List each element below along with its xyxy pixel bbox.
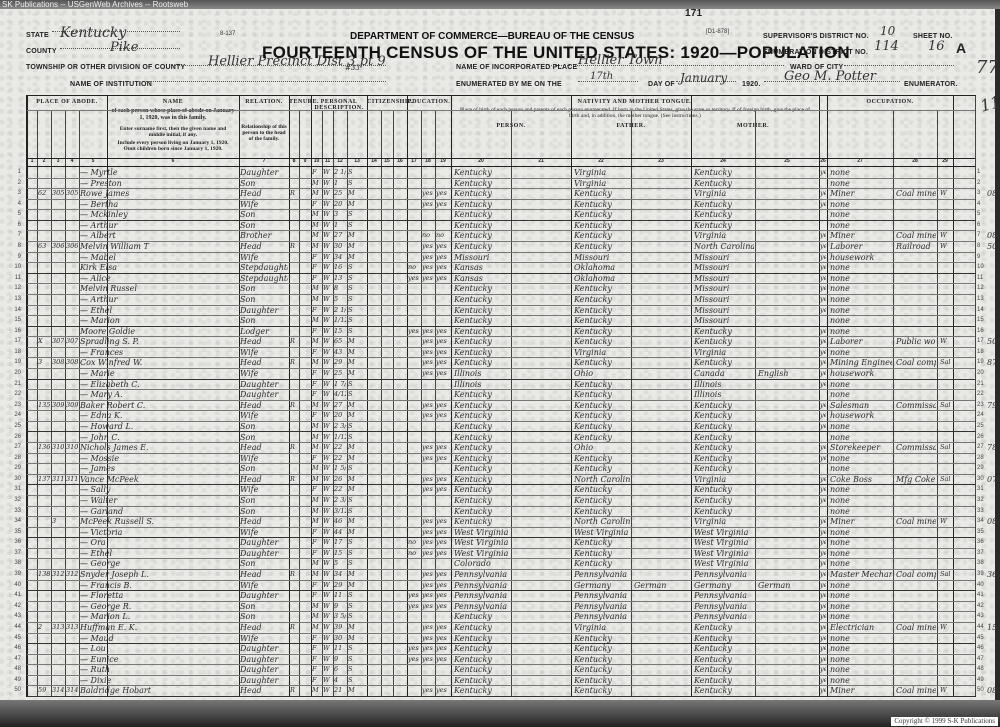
cell-m-tongue xyxy=(758,474,818,485)
cell-own xyxy=(290,410,298,421)
cell-occupation: none xyxy=(830,294,892,305)
cell-age: 1/12 xyxy=(334,432,346,443)
cell-write: yes xyxy=(436,252,450,263)
cell-f-tongue xyxy=(634,368,690,379)
cell-industry xyxy=(896,548,936,559)
line-number: 20 xyxy=(7,368,21,379)
cell-name: — Albert xyxy=(80,230,238,241)
cell-f-tongue xyxy=(634,347,690,358)
cell-house xyxy=(52,548,64,559)
line-number: 44 xyxy=(7,622,21,633)
line-number: 35 xyxy=(7,527,21,538)
cell-m-birth: Missouri xyxy=(694,252,754,263)
cell-english: yes xyxy=(820,230,826,241)
cell-name: — Arthur xyxy=(80,220,238,231)
cell-house xyxy=(52,199,64,210)
cell-attend xyxy=(408,664,420,675)
cell-m-birth: Canada xyxy=(694,368,754,379)
cell-dwelling xyxy=(38,252,50,263)
cell-marital: S xyxy=(348,294,366,305)
cell-house xyxy=(66,484,78,495)
line-number-right: 29 xyxy=(977,463,991,474)
cell-age: 65 xyxy=(334,336,346,347)
cell-house xyxy=(52,654,64,665)
cell-relation: Son xyxy=(240,209,288,220)
cell-birth: Illinois xyxy=(454,368,510,379)
header-divider xyxy=(27,110,975,111)
cell-house xyxy=(52,506,64,517)
cell-house: 307 xyxy=(52,336,64,347)
cell-industry xyxy=(896,326,936,337)
cell-house: 306 xyxy=(66,241,78,252)
cell-house xyxy=(66,421,78,432)
cell-sex: F xyxy=(312,527,321,538)
cell-f-tongue xyxy=(634,527,690,538)
cell-sex: M xyxy=(312,506,321,517)
cell-m-birth: Kentucky xyxy=(694,326,754,337)
cell-name: Moore Goldie xyxy=(80,326,238,337)
cell-house xyxy=(52,590,64,601)
cell-name: — Mary A. xyxy=(80,389,238,400)
line-number: 28 xyxy=(7,453,21,464)
cell-relation: Son xyxy=(240,432,288,443)
cell-marital: M xyxy=(348,442,366,453)
cell-sex: M xyxy=(312,474,321,485)
cell-mort xyxy=(300,262,310,273)
cell-house xyxy=(66,506,78,517)
cell-english: yes xyxy=(820,199,826,210)
cell-m-tongue xyxy=(758,379,818,390)
cell-name: — Mossie xyxy=(80,453,238,464)
cell-english: yes xyxy=(820,569,826,580)
cell-house xyxy=(66,305,78,316)
cell-house: 309 xyxy=(52,400,64,411)
cell-employer xyxy=(940,506,952,517)
cell-sex: F xyxy=(312,643,321,654)
cell-industry xyxy=(896,199,936,210)
cell-age: 27 xyxy=(334,400,346,411)
cell-f-birth: Virginia xyxy=(574,622,630,633)
cell-f-tongue xyxy=(634,379,690,390)
cell-write xyxy=(436,209,450,220)
cell-m-birth: West Virginia xyxy=(694,558,754,569)
cell-mort xyxy=(300,590,310,601)
cell-house xyxy=(52,484,64,495)
cell-house xyxy=(66,527,78,538)
cell-sex: M xyxy=(312,442,321,453)
cell-marital: S xyxy=(348,167,366,178)
cell-read: yes xyxy=(422,516,434,527)
cell-industry xyxy=(896,590,936,601)
cell-employer xyxy=(940,664,952,675)
cell-age: 22 xyxy=(334,453,346,464)
cell-name: — Lou xyxy=(80,643,238,654)
cell-industry: Coal mine xyxy=(896,188,936,199)
occupation-code-note: 155 xyxy=(987,622,1000,633)
cell-own xyxy=(290,506,298,517)
cell-house xyxy=(52,463,64,474)
cell-sex: F xyxy=(312,252,321,263)
cell-f-birth: Oklahoma xyxy=(574,273,630,284)
cell-mort xyxy=(300,527,310,538)
cell-m-birth: Kentucky xyxy=(694,484,754,495)
cell-attend xyxy=(408,283,420,294)
cell-f-tongue xyxy=(634,389,690,400)
cell-m-birth: Kentucky xyxy=(694,432,754,443)
window-title: SK Publications -- USGenWeb Archives -- … xyxy=(2,0,188,9)
cell-house: 310 xyxy=(66,442,78,453)
line-number: 49 xyxy=(7,675,21,686)
cell-f-birth: Kentucky xyxy=(574,643,630,654)
cell-f-tongue xyxy=(634,474,690,485)
cell-sex: F xyxy=(312,484,321,495)
cell-f-birth: Missouri xyxy=(574,252,630,263)
day-of-label: DAY OF xyxy=(648,81,675,88)
line-number-right: 21 xyxy=(977,379,991,390)
cell-mort xyxy=(300,400,310,411)
cell-dwelling xyxy=(38,590,50,601)
line-number: 19 xyxy=(7,357,21,368)
cell-birth: Kentucky xyxy=(454,336,510,347)
cell-sex: M xyxy=(312,230,321,241)
column-number: 20 xyxy=(451,158,511,166)
cell-industry xyxy=(896,273,936,284)
cell-mort xyxy=(300,421,310,432)
cell-marital: S xyxy=(348,664,366,675)
line-number-right: 36 xyxy=(977,537,991,548)
cell-race: W xyxy=(323,643,332,654)
cell-attend: yes xyxy=(408,654,420,665)
cell-read: yes xyxy=(422,643,434,654)
cell-marital: M xyxy=(348,622,366,633)
cell-house xyxy=(66,495,78,506)
cell-employer xyxy=(940,368,952,379)
cell-attend xyxy=(408,516,420,527)
column-number: 14 xyxy=(367,158,381,166)
column-number: 26 xyxy=(819,158,827,166)
line-number: 31 xyxy=(7,484,21,495)
cell-marital: S xyxy=(348,389,366,400)
cell-birth: Kentucky xyxy=(454,622,510,633)
cell-employer xyxy=(940,410,952,421)
cell-race: W xyxy=(323,611,332,622)
cell-read xyxy=(422,167,434,178)
cell-own: R xyxy=(290,569,298,580)
cell-name: Nichols James E. xyxy=(80,442,238,453)
cell-attend xyxy=(408,400,420,411)
cell-birth: Kentucky xyxy=(454,410,510,421)
cell-house xyxy=(52,283,64,294)
cell-marital: M xyxy=(348,527,366,538)
cell-sex: M xyxy=(312,421,321,432)
cell-race: W xyxy=(323,305,332,316)
cell-sex: F xyxy=(312,305,321,316)
cell-industry xyxy=(896,432,936,443)
cell-house xyxy=(66,463,78,474)
line-number-right: 24 xyxy=(977,410,991,421)
cell-age: 1 xyxy=(334,178,346,189)
cell-house xyxy=(52,432,64,443)
row-divider xyxy=(27,696,975,697)
cell-occupation: none xyxy=(830,580,892,591)
line-number: 21 xyxy=(7,379,21,390)
cell-attend xyxy=(408,421,420,432)
cell-m-birth: Kentucky xyxy=(694,654,754,665)
line-number: 30 xyxy=(7,474,21,485)
cell-mort xyxy=(300,463,310,474)
cell-relation: Head xyxy=(240,241,288,252)
cell-f-birth: Oklahoma xyxy=(574,262,630,273)
cell-m-tongue xyxy=(758,400,818,411)
column-number: 7 xyxy=(239,158,289,166)
enumerator-label: ENUMERATOR. xyxy=(904,81,958,88)
line-number-right: 20 xyxy=(977,368,991,379)
cell-sex: F xyxy=(312,537,321,548)
cell-relation: Son xyxy=(240,283,288,294)
cell-mort xyxy=(300,537,310,548)
cell-race: W xyxy=(323,633,332,644)
cell-mort xyxy=(300,167,310,178)
cell-marital: M xyxy=(348,453,366,464)
cell-m-birth: West Virginia xyxy=(694,548,754,559)
cell-own xyxy=(290,305,298,316)
cell-english: yes xyxy=(820,580,826,591)
column-number: 18 xyxy=(421,158,435,166)
line-number-right: 47 xyxy=(977,654,991,665)
cell-house xyxy=(66,643,78,654)
cell-name: McPeek Russell S. xyxy=(80,516,238,527)
cell-house xyxy=(66,664,78,675)
cell-attend: yes xyxy=(408,643,420,654)
cell-sex: M xyxy=(312,188,321,199)
cell-marital: M xyxy=(348,484,366,495)
cell-m-birth: Kentucky xyxy=(694,495,754,506)
cell-own xyxy=(290,379,298,390)
cell-employer xyxy=(940,305,952,316)
cell-attend xyxy=(408,368,420,379)
cell-m-tongue xyxy=(758,611,818,622)
cell-english: yes xyxy=(820,537,826,548)
cell-f-tongue xyxy=(634,548,690,559)
cell-mort xyxy=(300,273,310,284)
cell-house xyxy=(52,178,64,189)
cell-own: R xyxy=(290,188,298,199)
cell-employer xyxy=(940,463,952,474)
cell-house xyxy=(52,273,64,284)
cell-write: yes xyxy=(436,347,450,358)
cell-dwelling xyxy=(38,654,50,665)
cell-dwelling xyxy=(38,315,50,326)
cell-birth: West Virginia xyxy=(454,548,510,559)
cell-house xyxy=(52,421,64,432)
cell-occupation: none xyxy=(830,432,892,443)
cell-write: yes xyxy=(436,273,450,284)
table-row: 5059314314Baldridge HobartHeadRMW21Myesy… xyxy=(27,685,975,696)
cell-attend xyxy=(408,622,420,633)
relation-header: Relationship of this person to the head … xyxy=(241,124,287,142)
cell-write: yes xyxy=(436,601,450,612)
line-number: 43 xyxy=(7,611,21,622)
occupation-code-note: 080 xyxy=(987,516,1000,527)
cell-name: — Howard L. xyxy=(80,421,238,432)
cell-name: — Marion xyxy=(80,315,238,326)
cell-write: yes xyxy=(436,188,450,199)
cell-house: 314 xyxy=(66,685,78,696)
cell-age: 9 xyxy=(334,601,346,612)
cell-sex: F xyxy=(312,548,321,559)
cell-own: R xyxy=(290,336,298,347)
line-number-right: 2 xyxy=(977,178,991,189)
cell-m-birth: Kentucky xyxy=(694,199,754,210)
cell-industry xyxy=(896,178,936,189)
cell-m-tongue xyxy=(758,188,818,199)
line-number: 32 xyxy=(7,495,21,506)
cell-birth: Kentucky xyxy=(454,209,510,220)
line-number-right: 49 xyxy=(977,675,991,686)
cell-m-tongue xyxy=(758,389,818,400)
cell-own xyxy=(290,675,298,686)
cell-f-tongue xyxy=(634,506,690,517)
cell-m-birth: Germany xyxy=(694,580,754,591)
cell-read xyxy=(422,495,434,506)
column-number: 15 xyxy=(381,158,393,166)
cell-birth: Kentucky xyxy=(454,506,510,517)
line-number: 23 xyxy=(7,400,21,411)
cell-sex: F xyxy=(312,347,321,358)
cell-name: — Floretta xyxy=(80,590,238,601)
cell-employer: Sal xyxy=(940,442,952,453)
cell-relation: Daughter xyxy=(240,389,288,400)
cell-age: 29 xyxy=(334,580,346,591)
column-number: 5 xyxy=(79,158,107,166)
cell-industry xyxy=(896,209,936,220)
cell-read xyxy=(422,379,434,390)
cell-marital: M xyxy=(348,368,366,379)
cell-occupation: none xyxy=(830,326,892,337)
cell-read: no xyxy=(422,230,434,241)
cell-marital: M xyxy=(348,580,366,591)
cell-attend: no xyxy=(408,548,420,559)
cell-relation: Head xyxy=(240,474,288,485)
cell-name: — Garland xyxy=(80,506,238,517)
cell-race: W xyxy=(323,252,332,263)
cell-relation: Son xyxy=(240,463,288,474)
cell-race: W xyxy=(323,209,332,220)
cell-industry xyxy=(896,368,936,379)
cell-marital: S xyxy=(348,495,366,506)
cell-attend: no xyxy=(408,537,420,548)
line-number: 18 xyxy=(7,347,21,358)
cell-own xyxy=(290,580,298,591)
cell-employer xyxy=(940,209,952,220)
cell-own xyxy=(290,167,298,178)
cell-own: R xyxy=(290,357,298,368)
cell-employer: W xyxy=(940,622,952,633)
cell-f-tongue xyxy=(634,654,690,665)
cell-sex: M xyxy=(312,432,321,443)
cell-name: — Mckinley xyxy=(80,209,238,220)
cell-attend xyxy=(408,220,420,231)
cell-mort xyxy=(300,241,310,252)
cell-marital: S xyxy=(348,432,366,443)
page-stamp: 171 xyxy=(685,8,702,19)
cell-employer xyxy=(940,495,952,506)
cell-read xyxy=(422,664,434,675)
cell-sex: M xyxy=(312,611,321,622)
state-label: STATE xyxy=(26,32,49,39)
line-number-right: 35 xyxy=(977,527,991,538)
cell-name: — George R. xyxy=(80,601,238,612)
cell-read xyxy=(422,283,434,294)
cell-marital: M xyxy=(348,410,366,421)
cell-industry xyxy=(896,167,936,178)
cell-name: — Alice xyxy=(80,273,238,284)
cell-employer xyxy=(940,675,952,686)
cell-relation: Lodger xyxy=(240,326,288,337)
cell-occupation: Miner xyxy=(830,188,892,199)
cell-attend xyxy=(408,199,420,210)
cell-write: yes xyxy=(436,654,450,665)
line-number-right: 43 xyxy=(977,611,991,622)
cell-read: yes xyxy=(422,569,434,580)
cell-birth: Pennsylvania xyxy=(454,569,510,580)
cell-write: yes xyxy=(436,633,450,644)
cell-race: W xyxy=(323,421,332,432)
cell-race: W xyxy=(323,675,332,686)
cell-house xyxy=(52,558,64,569)
cell-attend xyxy=(408,315,420,326)
cell-relation: Wife xyxy=(240,527,288,538)
cell-occupation: Salesman xyxy=(830,400,892,411)
cell-marital: S xyxy=(348,379,366,390)
cell-house: 308 xyxy=(52,357,64,368)
cell-attend xyxy=(408,527,420,538)
column-number: 22 xyxy=(571,158,631,166)
cell-sex: F xyxy=(312,654,321,665)
cell-employer xyxy=(940,558,952,569)
cell-dwelling: 2 xyxy=(38,622,50,633)
department-title: DEPARTMENT OF COMMERCE—BUREAU OF THE CEN… xyxy=(350,31,634,42)
cell-age: 20 xyxy=(334,410,346,421)
township-note: #33 xyxy=(345,64,360,72)
cell-race: W xyxy=(323,506,332,517)
cell-occupation: housework xyxy=(830,368,892,379)
cell-f-birth: Kentucky xyxy=(574,558,630,569)
cell-dwelling: 59 xyxy=(38,685,50,696)
cell-m-birth: Pennsylvania xyxy=(694,601,754,612)
cell-marital: S xyxy=(348,178,366,189)
cell-f-birth: Kentucky xyxy=(574,484,630,495)
cell-f-tongue xyxy=(634,537,690,548)
line-number: 9 xyxy=(7,252,21,263)
cell-occupation: none xyxy=(830,315,892,326)
cell-mort xyxy=(300,178,310,189)
margin-stamp-top: 773 xyxy=(976,57,1000,78)
cell-own xyxy=(290,315,298,326)
cell-mort xyxy=(300,252,310,263)
cell-mort xyxy=(300,633,310,644)
cell-f-tongue xyxy=(634,357,690,368)
line-number-right: 4 xyxy=(977,199,991,210)
cell-relation: Stepdaughter xyxy=(240,262,288,273)
cell-house xyxy=(52,368,64,379)
cell-f-tongue xyxy=(634,664,690,675)
cell-occupation: none xyxy=(830,209,892,220)
line-number: 11 xyxy=(7,273,21,284)
cell-house xyxy=(52,580,64,591)
cell-write xyxy=(436,432,450,443)
cell-mort xyxy=(300,569,310,580)
